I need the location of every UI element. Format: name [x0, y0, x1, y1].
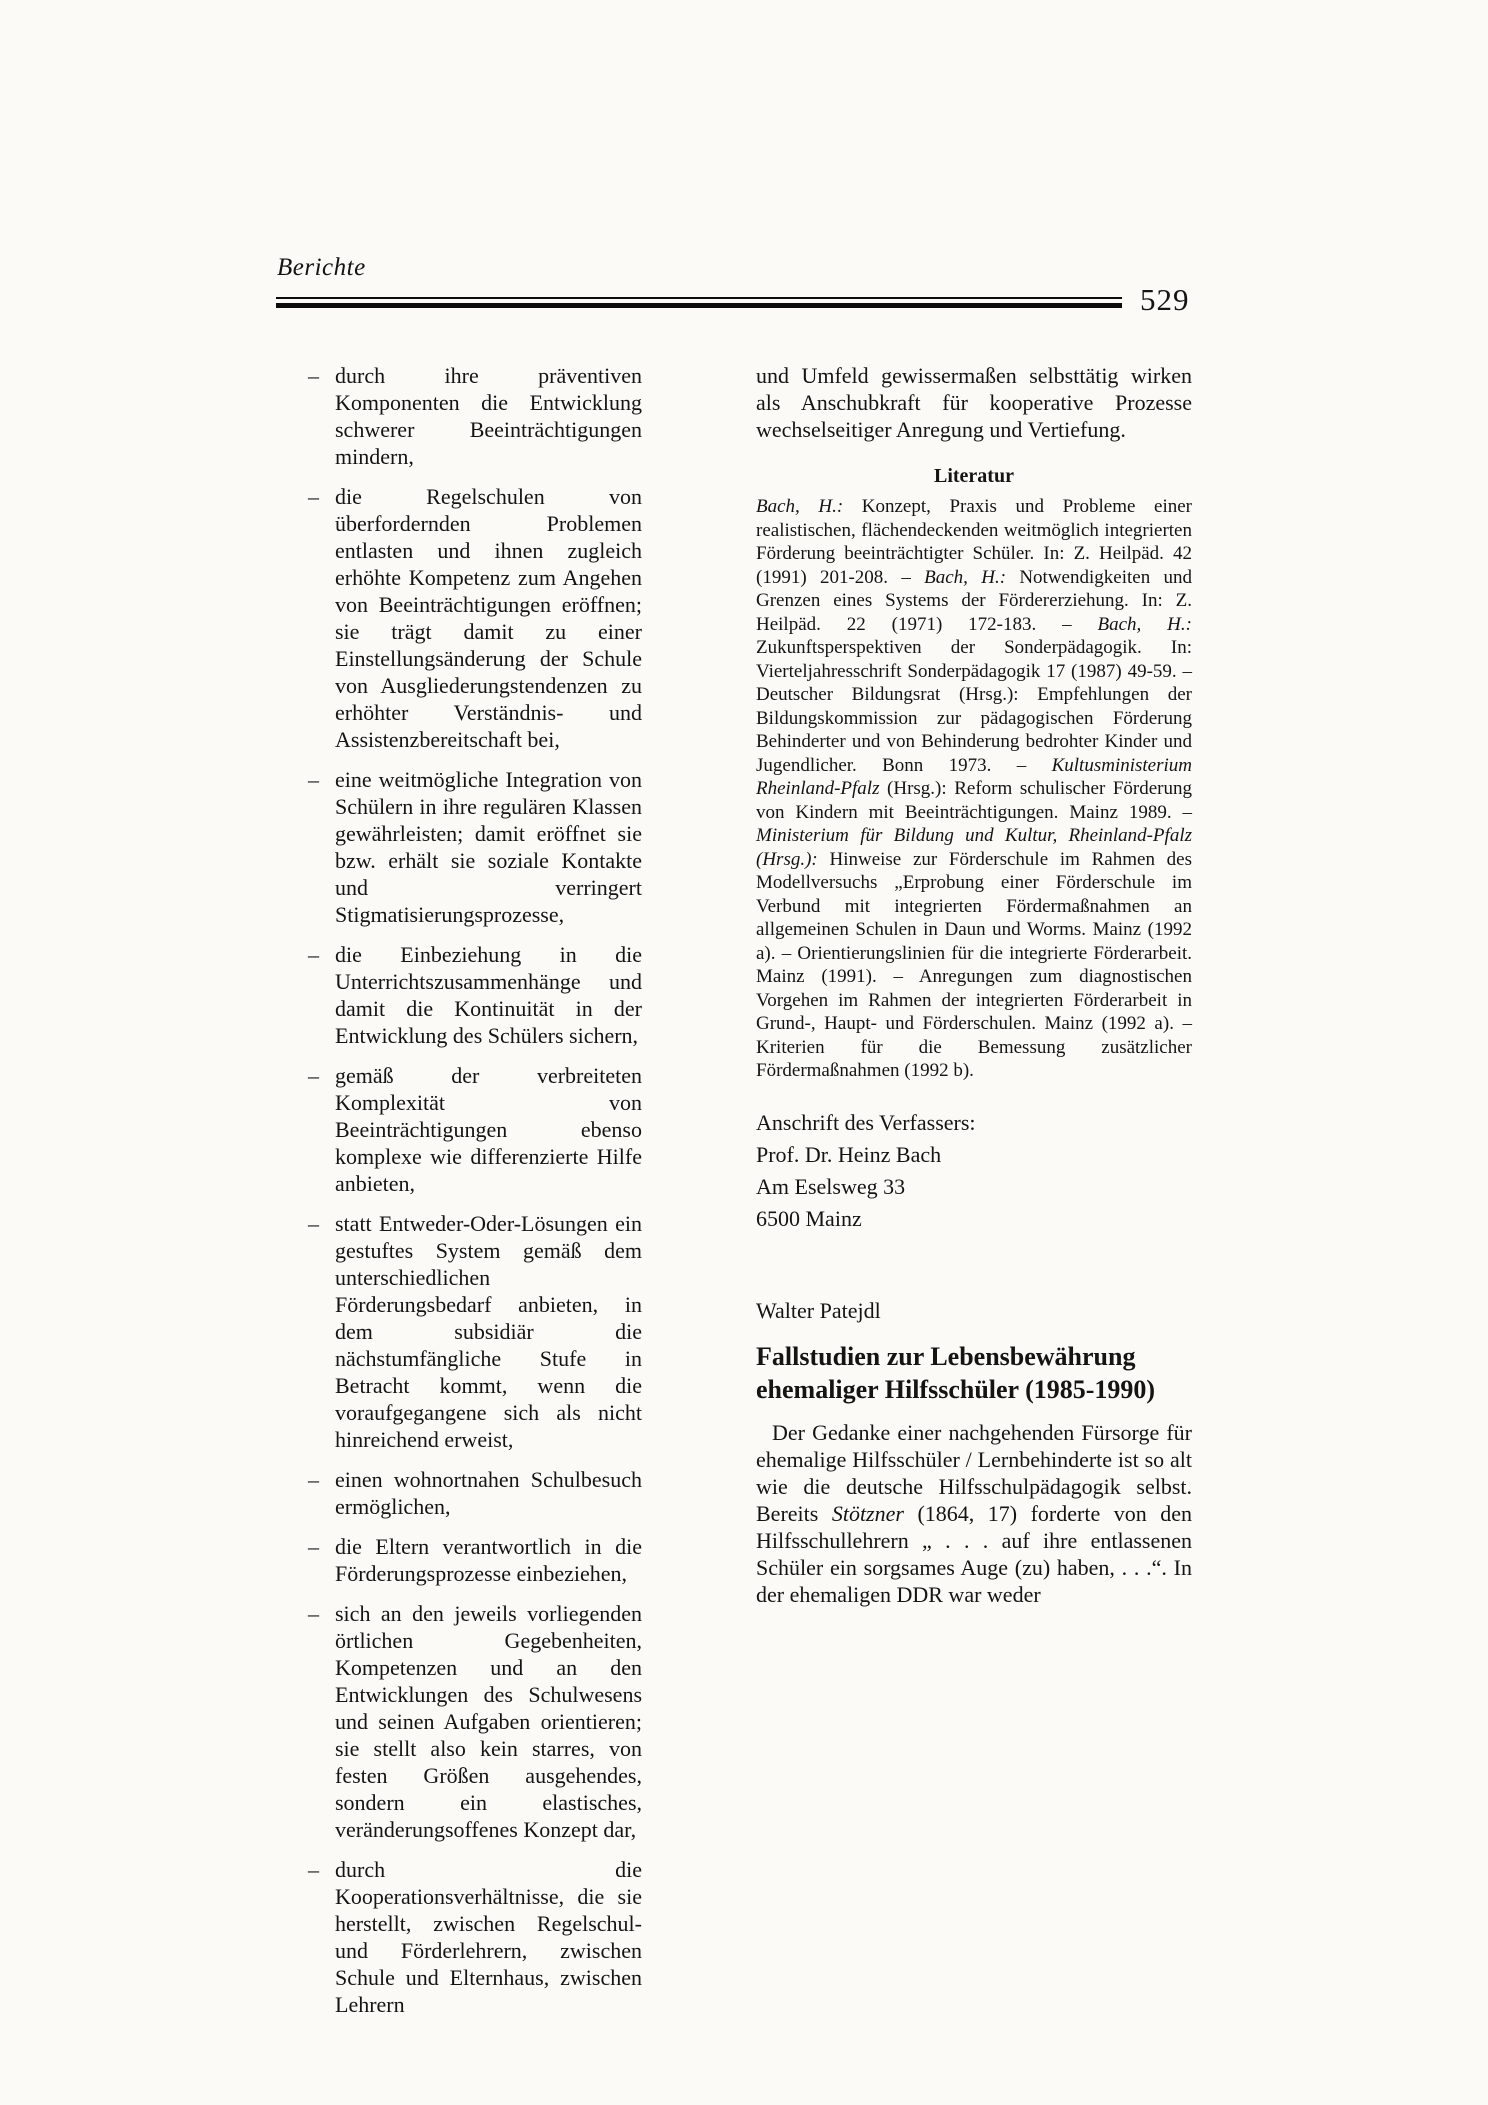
bullet-item: – eine weitmögliche Integration von Schü… — [308, 766, 642, 928]
bullet-item: – die Eltern verantwortlich in die Förde… — [308, 1533, 642, 1587]
literature-author: Bach, H.: — [1098, 614, 1192, 635]
bullet-item: – die Einbeziehung in die Unterrichtszus… — [308, 941, 642, 1049]
literature-author: Bach, H.: — [756, 496, 843, 517]
bullet-dash: – — [308, 483, 335, 753]
bullet-dash: – — [308, 1856, 335, 2018]
literature-entry-text: Zukunftsperspektiven der Sonderpädagogik… — [756, 637, 1192, 682]
next-article-author: Walter Patejdl — [756, 1297, 1192, 1324]
literature-entry-text: Hinweise zur Förderschule im Rahmen des … — [756, 849, 1192, 1082]
bullet-item: – durch die Kooperationsverhältnisse, di… — [308, 1856, 642, 2018]
bullet-text: die Eltern verantwortlich in die Förderu… — [335, 1533, 642, 1587]
journal-page: Berichte 529 – durch ihre präventiven Ko… — [0, 0, 1488, 2105]
bullet-text: durch die Kooperationsverhältnisse, die … — [335, 1856, 642, 2018]
bullet-dash: – — [308, 941, 335, 1049]
page-number: 529 — [1140, 282, 1190, 318]
bullet-dash: – — [308, 1210, 335, 1453]
bullet-dash: – — [308, 1062, 335, 1197]
literature-author: Bach, H.: — [924, 567, 1006, 588]
header-rule — [276, 297, 1122, 308]
bullet-item: – die Regelschulen von überfordernden Pr… — [308, 483, 642, 753]
bullet-item: – statt Entweder-Oder-Lösungen ein gestu… — [308, 1210, 642, 1453]
cited-author-name: Stötzner — [832, 1501, 904, 1526]
bullet-text: einen wohnortnahen Schulbesuch ermöglich… — [335, 1466, 642, 1520]
bullet-dash: – — [308, 766, 335, 928]
bullet-item: – gemäß der verbreiteten Komplexität von… — [308, 1062, 642, 1197]
bullet-dash: – — [308, 1533, 335, 1587]
bullet-list: – durch ihre präventiven Komponenten die… — [308, 362, 642, 2018]
left-column: – durch ihre präventiven Komponenten die… — [308, 362, 642, 2031]
right-column: und Umfeld gewissermaßen selbsttätig wir… — [756, 362, 1192, 1608]
bullet-text: durch ihre präventiven Komponenten die E… — [335, 362, 642, 470]
address-line: Am Eselsweg 33 — [756, 1174, 905, 1199]
address-line: 6500 Mainz — [756, 1206, 862, 1231]
bullet-dash: – — [308, 362, 335, 470]
bullet-item: – einen wohnortnahen Schulbesuch ermögli… — [308, 1466, 642, 1520]
bullet-text: gemäß der verbreiteten Komplexität von B… — [335, 1062, 642, 1197]
bullet-text: die Regelschulen von überfordernden Prob… — [335, 483, 642, 753]
literature-heading: Literatur — [756, 465, 1192, 488]
author-address: Anschrift des Verfassers: Prof. Dr. Hein… — [756, 1107, 1192, 1235]
article-first-paragraph: Der Gedanke einer nachgehenden Fürsorge … — [756, 1419, 1192, 1608]
bullet-dash: – — [308, 1466, 335, 1520]
literature-block: Bach, H.: Konzept, Praxis und Probleme e… — [756, 495, 1192, 1083]
address-line: Prof. Dr. Heinz Bach — [756, 1142, 941, 1167]
bullet-text: sich an den jeweils vorliegenden örtlich… — [335, 1600, 642, 1843]
address-label: Anschrift des Verfassers: — [756, 1110, 976, 1135]
bullet-item: – durch ihre präventiven Komponenten die… — [308, 362, 642, 470]
intro-paragraph: und Umfeld gewissermaßen selbsttätig wir… — [756, 362, 1192, 443]
bullet-item: – sich an den jeweils vorliegenden örtli… — [308, 1600, 642, 1843]
bullet-text: eine weitmögliche Integration von Schüle… — [335, 766, 642, 928]
bullet-text: statt Entweder-Oder-Lösungen ein gestuft… — [335, 1210, 642, 1453]
bullet-dash: – — [308, 1600, 335, 1843]
bullet-text: die Einbeziehung in die Unterrichtszusam… — [335, 941, 642, 1049]
article-title: Fallstudien zur Lebensbewährung ehemalig… — [756, 1340, 1192, 1406]
running-head: Berichte — [277, 254, 366, 282]
